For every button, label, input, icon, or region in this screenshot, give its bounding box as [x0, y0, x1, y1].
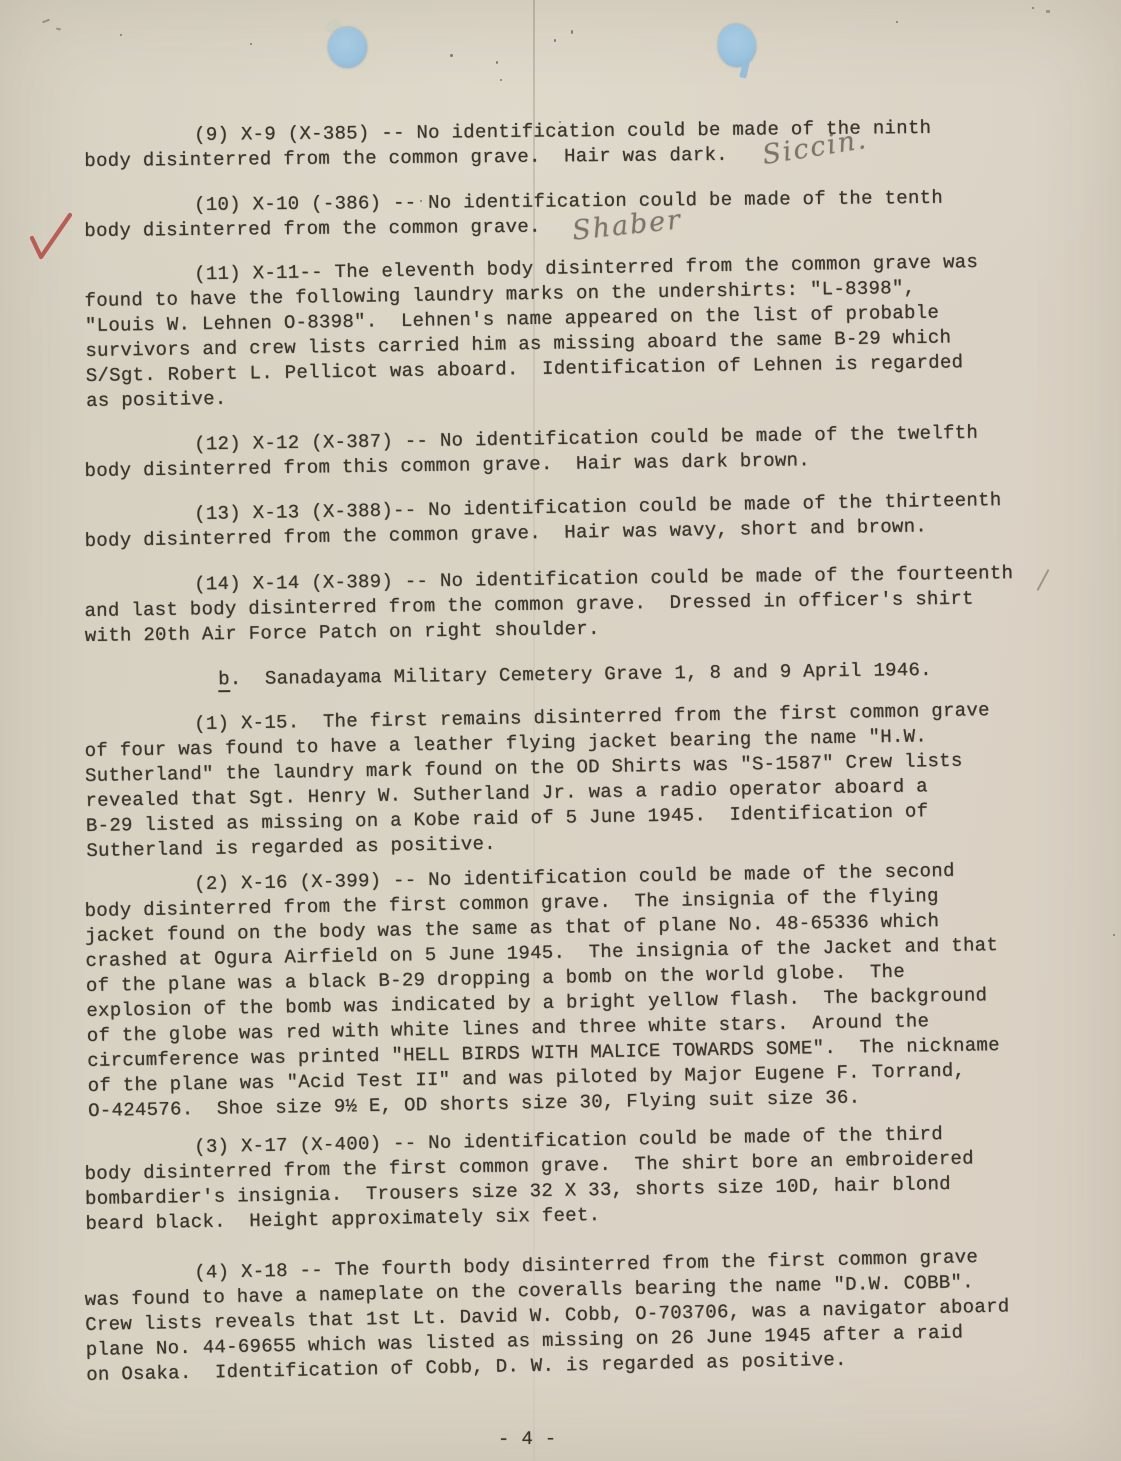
paper-speckle	[1032, 7, 1034, 9]
heading-marker: b	[218, 668, 230, 692]
paper-speckle	[500, 79, 502, 81]
paper-speckle	[250, 43, 252, 45]
heading-line: b. Sanadayama Military Cemetery Grave 1,…	[84, 656, 1074, 694]
scanned-document-page: Siccin. Shaber (9) X-9 (X-385) -- No ide…	[0, 0, 1121, 1461]
paragraph-x14: (14) X-14 (X-389) -- No identification c…	[84, 560, 1075, 649]
red-checkmark	[26, 210, 76, 266]
paper-speckle	[896, 21, 898, 23]
paragraph-x17: (3) X-17 (X-400) -- No identification co…	[84, 1120, 1076, 1237]
heading-text: . Sanadayama Military Cemetery Grave 1, …	[230, 659, 932, 690]
pencil-tick-mark	[1046, 10, 1050, 13]
paragraph-x16: (2) X-16 (X-399) -- No identification co…	[84, 857, 1078, 1124]
pencil-tick-mark	[42, 19, 50, 24]
paragraph-x15: (1) X-15. The first remains disinterred …	[84, 697, 1076, 864]
section-heading-b: b. Sanadayama Military Cemetery Grave 1,…	[84, 656, 1074, 694]
paragraph-x12: (12) X-12 (X-387) -- No identification c…	[84, 419, 1075, 484]
paper-speckle	[496, 61, 498, 64]
paragraph-x10: (10) X-10 (-386) -- No identification co…	[84, 184, 1074, 244]
paper-speckle	[450, 54, 453, 57]
paragraph-x11: (11) X-11-- The eleventh body disinterre…	[84, 248, 1076, 414]
paragraph-x13: (13) X-13 (X-388)-- No identification co…	[84, 487, 1075, 554]
paper-speckle	[554, 39, 556, 42]
page-number: - 4 -	[498, 1428, 557, 1451]
hole-punch-dot-left	[328, 27, 367, 68]
hole-punch-dot-right	[718, 24, 756, 67]
paper-speckle	[120, 34, 122, 36]
pencil-tick-mark	[56, 27, 61, 30]
paper-speckle	[571, 30, 573, 34]
paper-speckle	[1113, 934, 1115, 936]
paragraph-x9: (9) X-9 (X-385) -- No identification cou…	[84, 114, 1074, 174]
typewritten-text-block: (9) X-9 (X-385) -- No identification cou…	[84, 124, 1074, 1388]
paragraph-x18: (4) X-18 -- The fourth body disinterred …	[84, 1243, 1076, 1388]
